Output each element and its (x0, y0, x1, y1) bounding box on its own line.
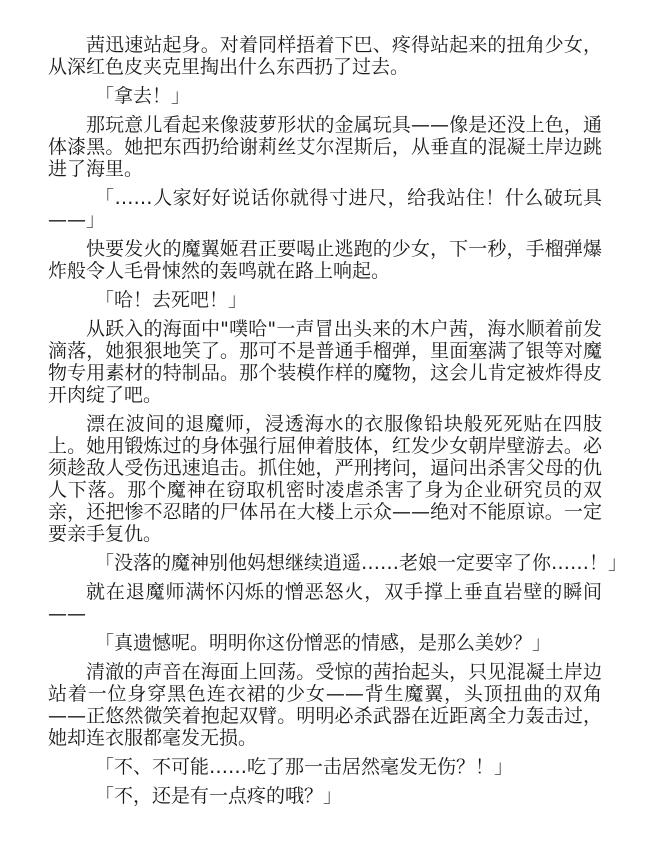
text-line: 物专用素材的特制品。那个装模作样的魔物，这会儿肯定被炸得皮 (48, 362, 602, 384)
dialogue-paragraph: 「哈！去死吧！」 (48, 289, 602, 311)
text-line: 要亲手复仇。 (48, 523, 602, 545)
narration-paragraph: 清澈的声音在海面上回荡。受惊的茜抬起头，只见混凝土岸边 站着一位身穿黑色连衣裙的… (48, 661, 602, 749)
text-line: 从跃入的海面中"噗哈"一声冒出头来的木户茜，海水顺着前发 (48, 318, 602, 340)
document-page: 茜迅速站起身。对着同样捂着下巴、疼得站起来的扭角少女， 从深红色皮夹克里掏出什么… (48, 34, 602, 814)
dialogue-paragraph: 「没落的魔神别他妈想继续逍遥……老娘一定要宰了你……！」 (48, 552, 602, 574)
text-line: 「……人家好好说话你就得寸进尺，给我站住！什么破玩具 (48, 187, 602, 209)
text-line: 漂在波间的退魔师，浸透海水的衣服像铅块般死死贴在四肢 (48, 413, 602, 435)
text-line: 茜迅速站起身。对着同样捂着下巴、疼得站起来的扭角少女， (48, 34, 602, 56)
dialogue-paragraph: 「……人家好好说话你就得寸进尺，给我站住！什么破玩具 ——」 (48, 187, 602, 231)
text-line: 须趁敌人受伤迅速追击。抓住她，严刑拷问，逼问出杀害父母的仇 (48, 457, 602, 479)
narration-paragraph: 漂在波间的退魔师，浸透海水的衣服像铅块般死死贴在四肢 上。她用锻炼过的身体强行屈… (48, 413, 602, 545)
text-line: 站着一位身穿黑色连衣裙的少女——背生魔翼，头顶扭曲的双角 (48, 683, 602, 705)
text-line: 她却连衣服都毫发无损。 (48, 727, 602, 749)
narration-paragraph: 那玩意儿看起来像菠萝形状的金属玩具——像是还没上色，通 体漆黑。她把东西扔给谢莉… (48, 114, 602, 180)
text-line: ——」 (48, 209, 602, 231)
dialogue-paragraph: 「不、不可能……吃了那一击居然毫发无伤？！」 (48, 756, 602, 778)
text-line: 进了海里。 (48, 158, 602, 180)
text-line: 滴落，她狠狠地笑了。那可不是普通手榴弹，里面塞满了银等对魔 (48, 340, 602, 362)
text-line: 「不，还是有一点疼的哦？」 (48, 785, 602, 807)
text-line: 「真遗憾呢。明明你这份憎恶的情感，是那么美妙？」 (48, 632, 602, 654)
text-line: 人下落。那个魔神在窃取机密时凌虐杀害了身为企业研究员的双 (48, 479, 602, 501)
narration-paragraph: 就在退魔师满怀闪烁的憎恶怒火，双手撑上垂直岩壁的瞬间 —— (48, 581, 602, 625)
text-line: 那玩意儿看起来像菠萝形状的金属玩具——像是还没上色，通 (48, 114, 602, 136)
narration-paragraph: 从跃入的海面中"噗哈"一声冒出头来的木户茜，海水顺着前发 滴落，她狠狠地笑了。那… (48, 318, 602, 406)
text-line: 就在退魔师满怀闪烁的憎恶怒火，双手撑上垂直岩壁的瞬间 (48, 581, 602, 603)
text-line: 开肉绽了吧。 (48, 384, 602, 406)
text-line: 亲，还把惨不忍睹的尸体吊在大楼上示众——绝对不能原谅。一定 (48, 501, 602, 523)
narration-paragraph: 茜迅速站起身。对着同样捂着下巴、疼得站起来的扭角少女， 从深红色皮夹克里掏出什么… (48, 34, 602, 78)
text-line: 「不、不可能……吃了那一击居然毫发无伤？！」 (48, 756, 602, 778)
text-line: 「没落的魔神别他妈想继续逍遥……老娘一定要宰了你……！」 (48, 552, 602, 574)
text-line: —— (48, 603, 602, 625)
text-line: 体漆黑。她把东西扔给谢莉丝艾尔涅斯后，从垂直的混凝土岸边跳 (48, 136, 602, 158)
dialogue-paragraph: 「真遗憾呢。明明你这份憎恶的情感，是那么美妙？」 (48, 632, 602, 654)
text-line: 炸般令人毛骨悚然的轰鸣就在路上响起。 (48, 260, 602, 282)
narration-paragraph: 快要发火的魔翼姬君正要喝止逃跑的少女，下一秒，手榴弹爆 炸般令人毛骨悚然的轰鸣就… (48, 238, 602, 282)
text-line: 上。她用锻炼过的身体强行屈伸着肢体，红发少女朝岸壁游去。必 (48, 435, 602, 457)
text-line: 快要发火的魔翼姬君正要喝止逃跑的少女，下一秒，手榴弹爆 (48, 238, 602, 260)
text-line: 「拿去！」 (48, 85, 602, 107)
text-line: ——正悠然微笑着抱起双臂。明明必杀武器在近距离全力轰击过， (48, 705, 602, 727)
text-line: 从深红色皮夹克里掏出什么东西扔了过去。 (48, 56, 602, 78)
dialogue-paragraph: 「拿去！」 (48, 85, 602, 107)
text-line: 清澈的声音在海面上回荡。受惊的茜抬起头，只见混凝土岸边 (48, 661, 602, 683)
dialogue-paragraph: 「不，还是有一点疼的哦？」 (48, 785, 602, 807)
text-line: 「哈！去死吧！」 (48, 289, 602, 311)
